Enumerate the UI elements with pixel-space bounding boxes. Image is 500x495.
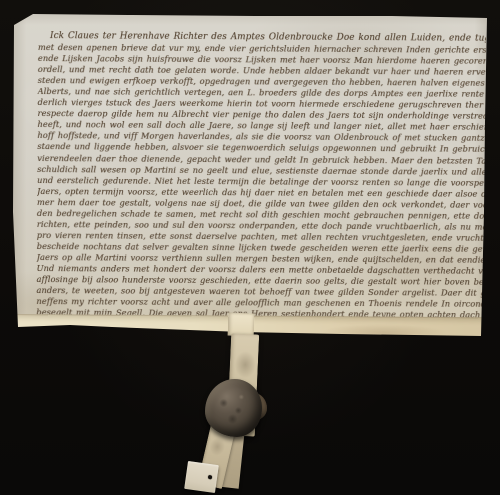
manuscript-text: Ick Claues ter Herenhave Richter des Amp…	[36, 31, 486, 324]
charter-photograph: Ick Claues ter Herenhave Richter des Amp…	[0, 0, 500, 495]
wax-seal-texture	[209, 383, 258, 433]
wax-seal	[205, 379, 262, 437]
seal-tag-end	[184, 461, 219, 493]
tag-hole	[208, 475, 213, 480]
parchment: Ick Claues ter Herenhave Richter des Amp…	[12, 12, 489, 338]
